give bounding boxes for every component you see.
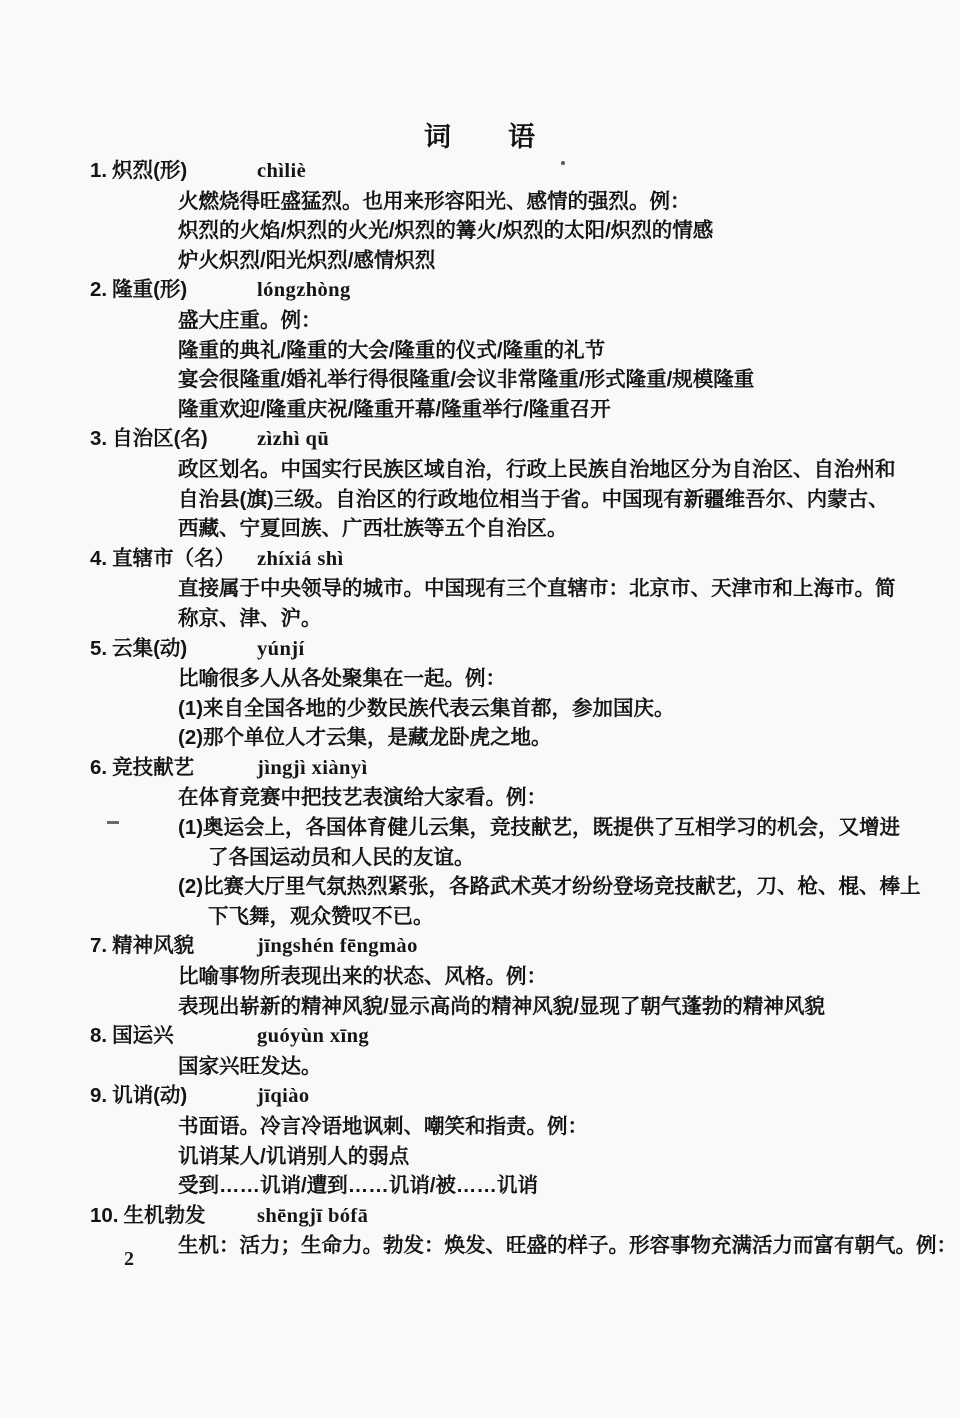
entry-line: 火燃烧得旺盛猛烈。也用来形容阳光、感情的强烈。例： xyxy=(178,187,920,217)
entry-number: 3. xyxy=(90,424,107,454)
entry-line: 受到……讥诮/遭到……讥诮/被……讥诮 xyxy=(178,1171,920,1201)
entry-headword-group: 4. 直辖市（名） xyxy=(90,544,257,574)
entry-line: 炉火炽烈/阳光炽烈/感情炽烈 xyxy=(178,246,920,276)
entry-line: 比喻很多人从各处聚集在一起。例： xyxy=(178,664,920,694)
entry-pinyin: shēngjī bófā xyxy=(257,1202,368,1232)
entry-headword: 精神风貌 xyxy=(112,931,194,961)
scan-artifact-dash xyxy=(107,821,119,824)
entry-headword: 直辖市（名） xyxy=(112,544,235,574)
entry-number: 2. xyxy=(90,275,107,305)
entry-pinyin: zhíxiá shì xyxy=(257,545,344,575)
page-title: 词 语 xyxy=(0,0,960,154)
entry-line: 自治县(旗)三级。自治区的行政地位相当于省。中国现有新疆维吾尔、内蒙古、 xyxy=(178,485,920,515)
vocabulary-list: 1. 炽烈(形) chìliè 火燃烧得旺盛猛烈。也用来形容阳光、感情的强烈。例… xyxy=(90,156,920,1261)
entry-line: (1)奥运会上，各国体育健儿云集，竞技献艺，既提供了互相学习的机会，又增进 xyxy=(178,813,920,843)
entry-number: 9. xyxy=(90,1081,107,1111)
entry-line: (2)比赛大厅里气氛热烈紧张，各路武术英才纷纷登场竞技献艺，刀、枪、棍、棒上 xyxy=(178,872,920,902)
entry-headword: 竞技献艺 xyxy=(112,753,194,783)
entry-line: 生机：活力；生命力。勃发：焕发、旺盛的样子。形容事物充满活力而富有朝气。例： xyxy=(178,1231,920,1261)
entry-head: 1. 炽烈(形) chìliè xyxy=(90,156,920,187)
entry-line-continuation: 了各国运动员和人民的友谊。 xyxy=(208,843,920,873)
entry-number: 6. xyxy=(90,753,107,783)
entry-pinyin: jìngjì xiànyì xyxy=(257,754,368,784)
entry-head: 8. 国运兴 guóyùn xīng xyxy=(90,1021,920,1052)
entry-pinyin: lóngzhòng xyxy=(257,276,351,306)
entry-headword-group: 1. 炽烈(形) xyxy=(90,156,257,186)
entry-pinyin: zìzhì qū xyxy=(257,425,329,455)
entry-line: 直接属于中央领导的城市。中国现有三个直辖市：北京市、天津市和上海市。简 xyxy=(178,574,920,604)
entry-line: 在体育竞赛中把技艺表演给大家看。例： xyxy=(178,783,920,813)
entry-line: 国家兴旺发达。 xyxy=(178,1052,920,1082)
entry-line: 隆重欢迎/隆重庆祝/隆重开幕/隆重举行/隆重召开 xyxy=(178,395,920,425)
entry-number: 7. xyxy=(90,931,107,961)
entry-headword: 生机勃发 xyxy=(124,1201,206,1231)
entry-headword-group: 9. 讥诮(动) xyxy=(90,1081,257,1111)
entry-headword-group: 2. 隆重(形) xyxy=(90,275,257,305)
entry-line: 炽烈的火焰/炽烈的火光/炽烈的篝火/炽烈的太阳/炽烈的情感 xyxy=(178,216,920,246)
entry-number: 8. xyxy=(90,1021,107,1051)
entry-line: 称京、津、沪。 xyxy=(178,604,920,634)
entry-headword-group: 6. 竞技献艺 xyxy=(90,753,257,783)
vocab-entry-5: 5. 云集(动) yúnjí 比喻很多人从各处聚集在一起。例： (1)来自全国各… xyxy=(90,634,920,753)
entry-line: 盛大庄重。例： xyxy=(178,306,920,336)
vocab-entry-9: 9. 讥诮(动) jīqiào 书面语。冷言冷语地讽刺、嘲笑和指责。例： 讥诮某… xyxy=(90,1081,920,1200)
scanned-textbook-page: 词 语 1. 炽烈(形) chìliè 火燃烧得旺盛猛烈。也用来形容阳光、感情的… xyxy=(0,0,960,1418)
entry-pinyin: yúnjí xyxy=(257,635,305,665)
scan-artifact-dot xyxy=(561,161,565,165)
vocab-entry-1: 1. 炽烈(形) chìliè 火燃烧得旺盛猛烈。也用来形容阳光、感情的强烈。例… xyxy=(90,156,920,275)
entry-pinyin: chìliè xyxy=(257,157,306,187)
entry-headword-group: 10. 生机勃发 xyxy=(90,1201,257,1231)
entry-line-continuation: 下飞舞，观众赞叹不已。 xyxy=(208,902,920,932)
entry-line: 西藏、宁夏回族、广西壮族等五个自治区。 xyxy=(178,514,920,544)
entry-head: 9. 讥诮(动) jīqiào xyxy=(90,1081,920,1112)
entry-headword: 隆重(形) xyxy=(112,275,187,305)
entry-headword: 炽烈(形) xyxy=(112,156,187,186)
entry-head: 4. 直辖市（名） zhíxiá shì xyxy=(90,544,920,575)
entry-headword-group: 3. 自治区(名) xyxy=(90,424,257,454)
entry-number: 10. xyxy=(90,1201,119,1231)
entry-number: 5. xyxy=(90,634,107,664)
entry-line: 宴会很隆重/婚礼举行得很隆重/会议非常隆重/形式隆重/规模隆重 xyxy=(178,365,920,395)
entry-line: (1)来自全国各地的少数民族代表云集首都，参加国庆。 xyxy=(178,694,920,724)
entry-pinyin: jīngshén fēngmào xyxy=(257,932,418,962)
entry-head: 5. 云集(动) yúnjí xyxy=(90,634,920,665)
entry-line: 隆重的典礼/隆重的大会/隆重的仪式/隆重的礼节 xyxy=(178,336,920,366)
entry-headword: 讥诮(动) xyxy=(112,1081,187,1111)
entry-head: 7. 精神风貌 jīngshén fēngmào xyxy=(90,931,920,962)
entry-line: 比喻事物所表现出来的状态、风格。例： xyxy=(178,962,920,992)
entry-pinyin: jīqiào xyxy=(257,1082,310,1112)
vocab-entry-7: 7. 精神风貌 jīngshén fēngmào 比喻事物所表现出来的状态、风格… xyxy=(90,931,920,1021)
page-number: 2 xyxy=(124,1248,134,1271)
vocab-entry-4: 4. 直辖市（名） zhíxiá shì 直接属于中央领导的城市。中国现有三个直… xyxy=(90,544,920,634)
entry-head: 2. 隆重(形) lóngzhòng xyxy=(90,275,920,306)
vocab-entry-3: 3. 自治区(名) zìzhì qū 政区划名。中国实行民族区域自治，行政上民族… xyxy=(90,424,920,543)
entry-headword-group: 8. 国运兴 xyxy=(90,1021,257,1051)
entry-line: (2)那个单位人才云集，是藏龙卧虎之地。 xyxy=(178,723,920,753)
vocab-entry-8: 8. 国运兴 guóyùn xīng 国家兴旺发达。 xyxy=(90,1021,920,1081)
entry-headword-group: 7. 精神风貌 xyxy=(90,931,257,961)
entry-number: 4. xyxy=(90,544,107,574)
entry-line: 政区划名。中国实行民族区域自治，行政上民族自治地区分为自治区、自治州和 xyxy=(178,455,920,485)
entry-line: 书面语。冷言冷语地讽刺、嘲笑和指责。例： xyxy=(178,1112,920,1142)
entry-headword: 云集(动) xyxy=(112,634,187,664)
entry-head: 3. 自治区(名) zìzhì qū xyxy=(90,424,920,455)
entry-headword: 自治区(名) xyxy=(112,424,208,454)
entry-headword-group: 5. 云集(动) xyxy=(90,634,257,664)
vocab-entry-6: 6. 竞技献艺 jìngjì xiànyì 在体育竞赛中把技艺表演给大家看。例：… xyxy=(90,753,920,932)
entry-head: 6. 竞技献艺 jìngjì xiànyì xyxy=(90,753,920,784)
entry-headword: 国运兴 xyxy=(112,1021,174,1051)
entry-line: 讥诮某人/讥诮别人的弱点 xyxy=(178,1142,920,1172)
vocab-entry-10: 10. 生机勃发 shēngjī bófā 生机：活力；生命力。勃发：焕发、旺盛… xyxy=(90,1201,920,1261)
entry-pinyin: guóyùn xīng xyxy=(257,1022,369,1052)
entry-line: 表现出崭新的精神风貌/显示高尚的精神风貌/显现了朝气蓬勃的精神风貌 xyxy=(178,992,920,1022)
entry-head: 10. 生机勃发 shēngjī bófā xyxy=(90,1201,920,1232)
vocab-entry-2: 2. 隆重(形) lóngzhòng 盛大庄重。例： 隆重的典礼/隆重的大会/隆… xyxy=(90,275,920,424)
entry-number: 1. xyxy=(90,156,107,186)
